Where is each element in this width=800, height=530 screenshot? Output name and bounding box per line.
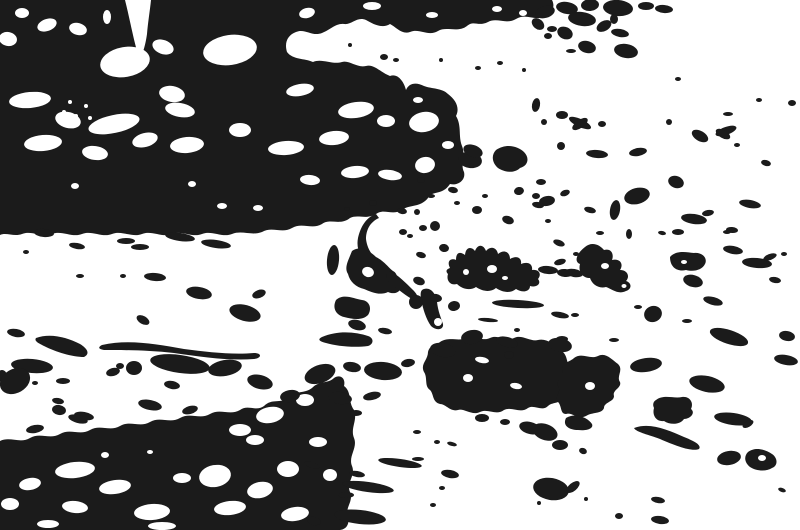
hidden-dalmatian-illusion-figure: High-contrast black-and-white blob pictu…: [0, 0, 800, 530]
blob-field-svg: [0, 0, 800, 530]
screenshot-canvas: High-contrast black-and-white blob pictu…: [0, 0, 800, 530]
